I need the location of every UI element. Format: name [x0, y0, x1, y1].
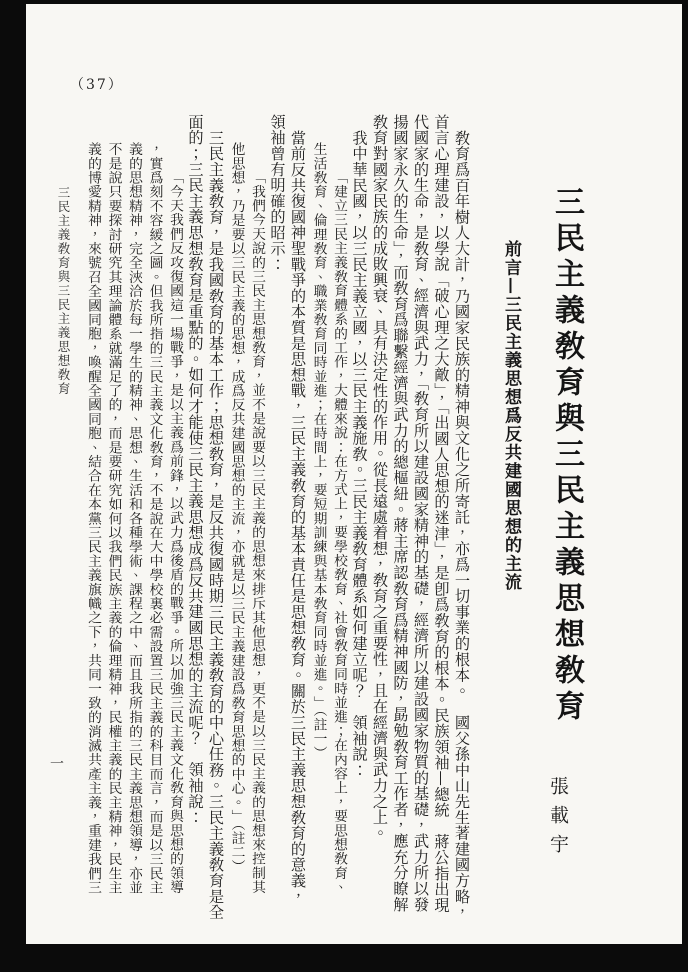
body-paragraph: 三民主義敎育，是我國敎育的基本工作；思想敎育，是反共復國時期三民主義敎育的中心任… — [185, 114, 226, 926]
folio-number: 一 — [46, 756, 66, 770]
article-body: 敎育爲百年樹人大計，乃國家民族的精神與文化之所寄託，亦爲一切事業的根本。 國父孫… — [83, 114, 473, 926]
running-title: 三民主義敎育與三民主義思想敎育 — [54, 186, 72, 396]
paper-sheet: （37） 三民主義敎育與三民主義思想敎育 張載宇 前言—三民主義思想爲反共建國思… — [26, 4, 682, 944]
article-title: 三民主義敎育與三民主義思想敎育 — [544, 186, 588, 726]
body-paragraph: 當前反共復國神聖戰爭的本質是思想戰，三民主義敎育的基本責任是思想敎育。關於三民主… — [267, 114, 308, 926]
quote-paragraph: 「今天我們反攻復國這一場戰爭，是以主義爲前鋒，以武力爲後盾的戰爭。所以加強三民主… — [83, 114, 186, 926]
body-paragraph: 敎育爲百年樹人大計，乃國家民族的精神與文化之所寄託，亦爲一切事業的根本。 國父孫… — [370, 114, 473, 926]
page-number: （37） — [70, 74, 124, 94]
scanned-page: （37） 三民主義敎育與三民主義思想敎育 張載宇 前言—三民主義思想爲反共建國思… — [0, 0, 688, 972]
body-paragraph: 我中華民國，以三民主義立國，以三民主義施敎。三民主義敎育體系如何建立呢？ 領袖說… — [349, 114, 370, 926]
article-author: 張載宇 — [545, 776, 572, 863]
quote-paragraph: 「建立三民主義敎育體系的工作，大體來說：在方式上，要學校敎育、社會敎育同時並進；… — [308, 114, 349, 926]
section-heading: 前言—三民主義思想爲反共建國思想的主流 — [499, 240, 524, 592]
quote-paragraph: 「我們今天說的三民主思想敎育，並不是說要以三民主義的思想來排斥其他思想，更不是以… — [226, 114, 267, 926]
